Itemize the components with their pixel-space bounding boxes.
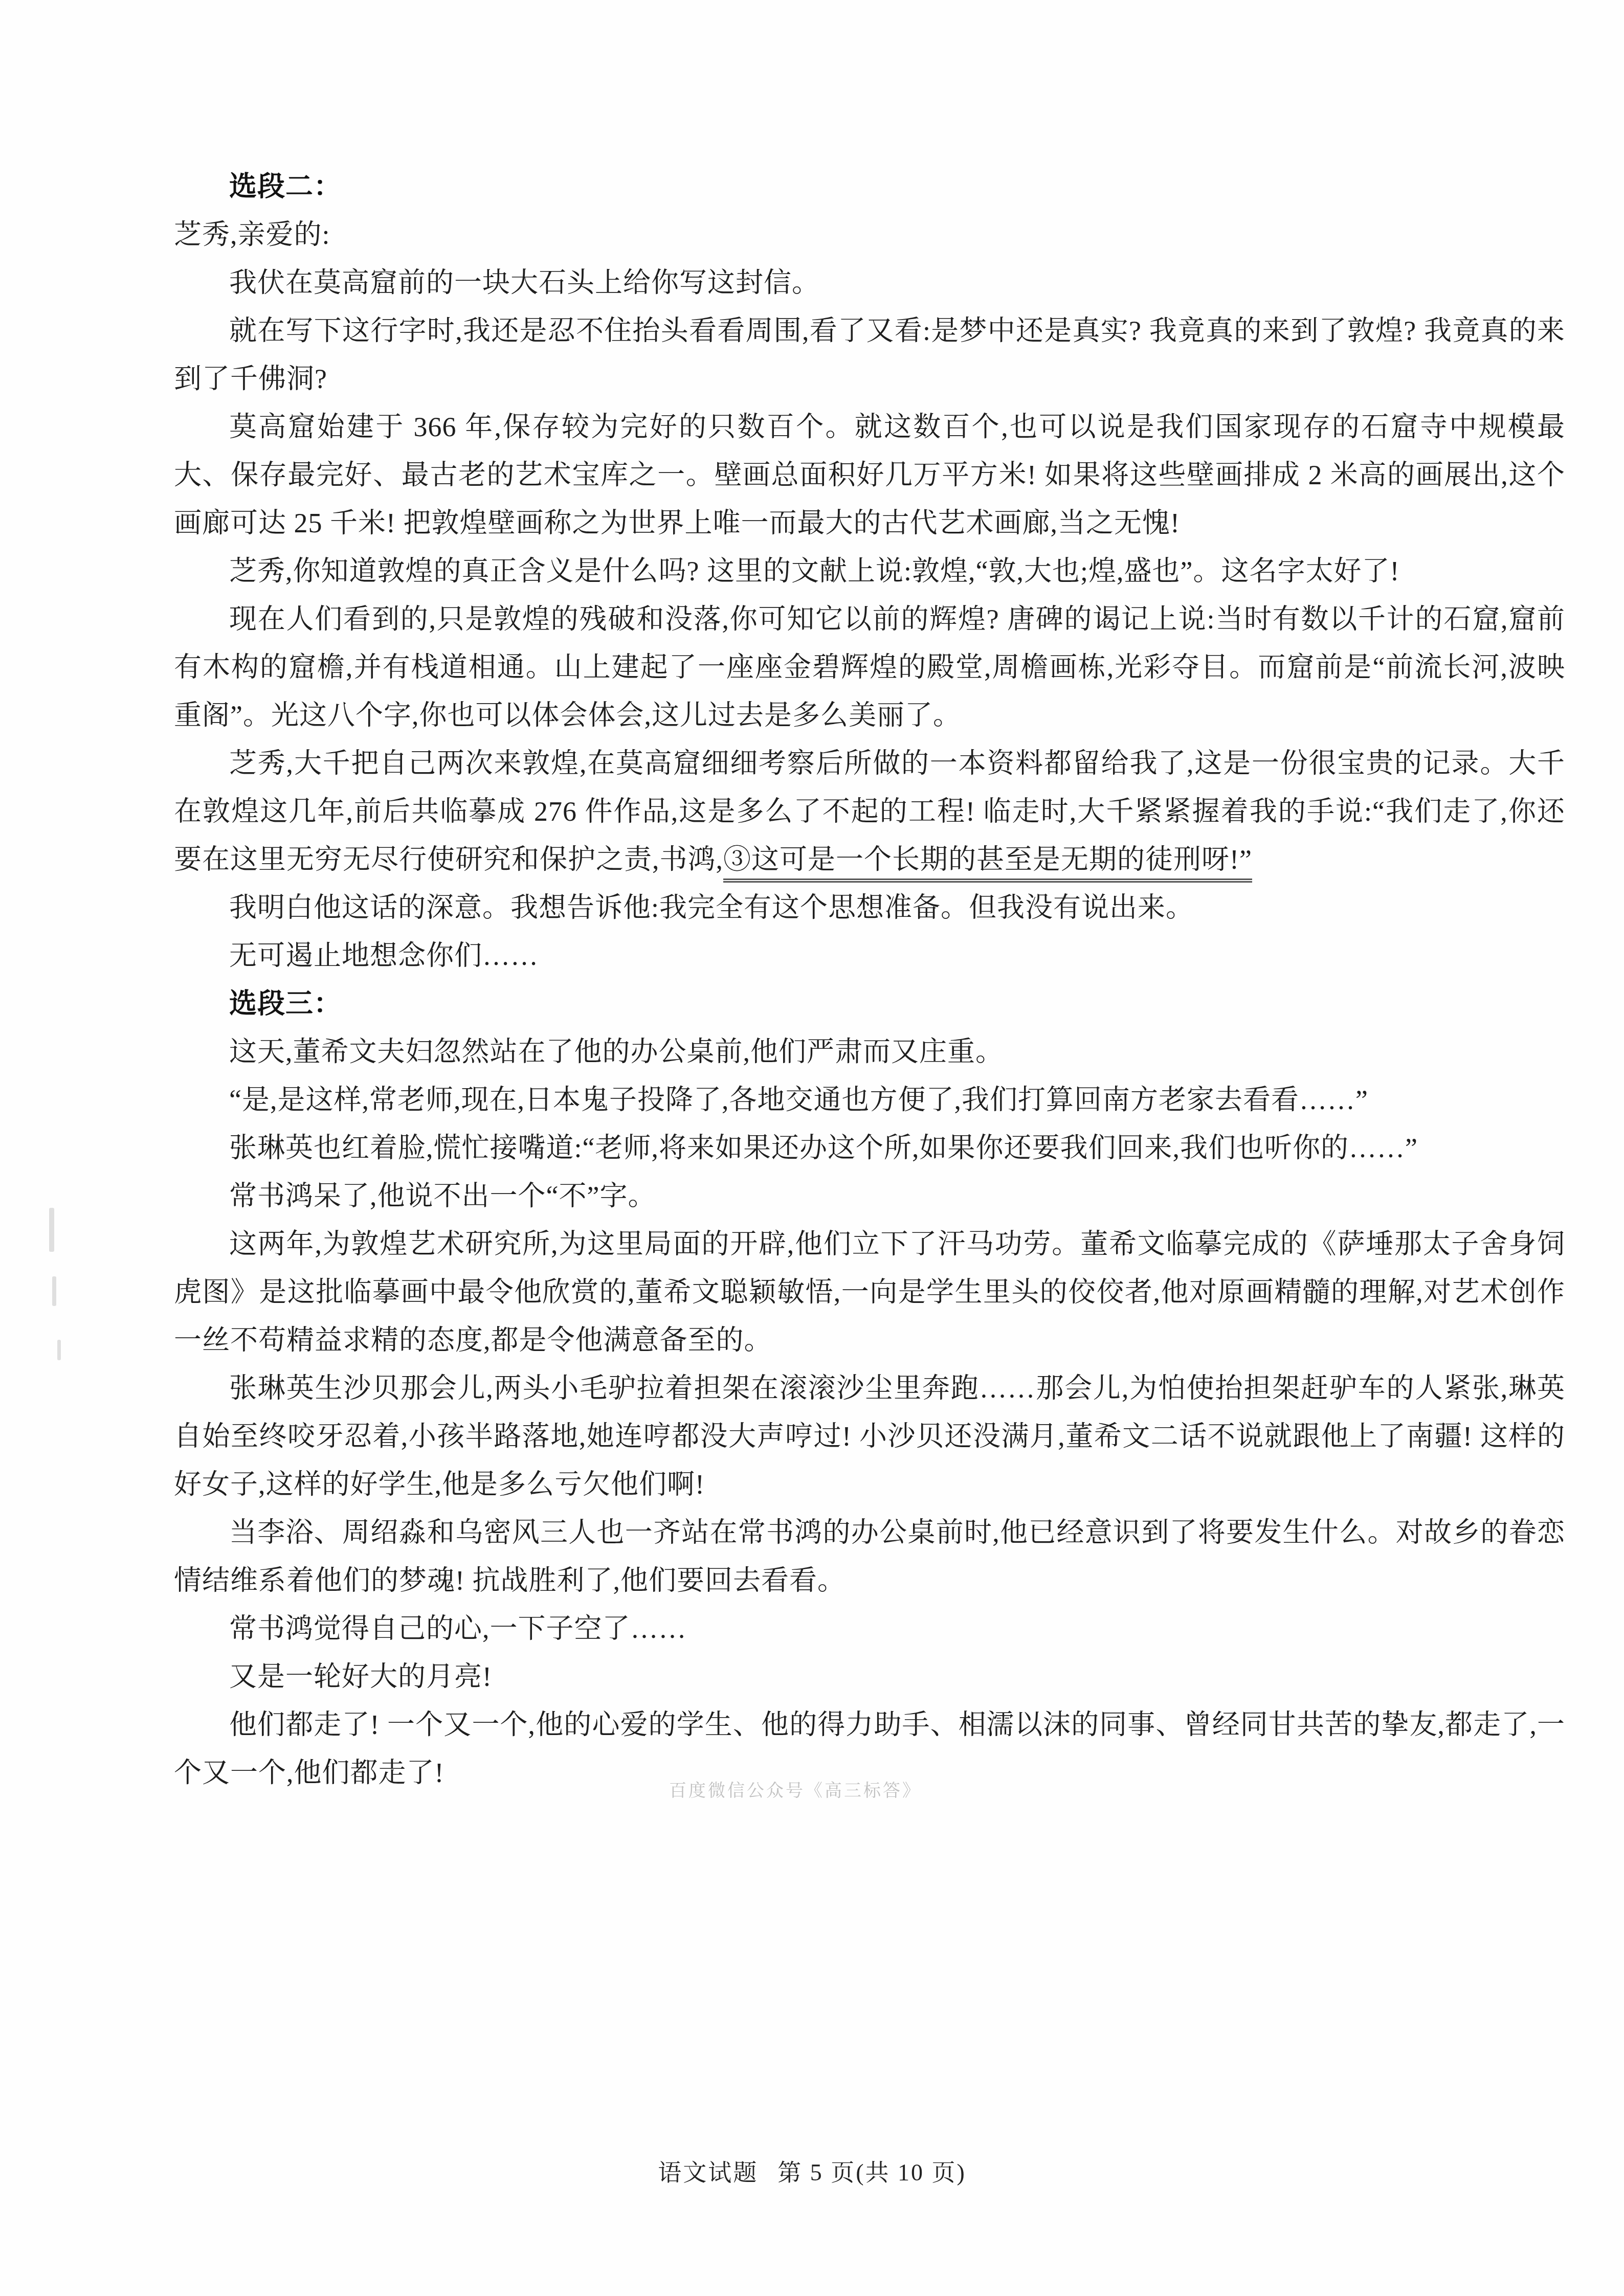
paragraph: 芝秀,你知道敦煌的真正含义是什么吗? 这里的文献上说:敦煌,“敦,大也;煌,盛也… (174, 547, 1565, 595)
scanned-exam-page: 选段二：芝秀,亲爱的:我伏在莫高窟前的一块大石头上给你写这封信。就在写下这行字时… (0, 0, 1624, 2296)
paragraph: 又是一轮好大的月亮! (174, 1653, 1565, 1701)
paragraph: 就在写下这行字时,我还是忍不住抬头看看周围,看了又看:是梦中还是真实? 我竟真的… (174, 307, 1565, 403)
scan-artifact (57, 1340, 61, 1360)
text-run: 当李浴、周绍淼和乌密风三人也一齐站在常书鸿的办公桌前时,他已经意识到了将要发生什… (174, 1517, 1565, 1596)
text-run: 这两年,为敦煌艺术研究所,为这里局面的开辟,他们立下了汗马功劳。董希文临摹完成的… (174, 1229, 1565, 1356)
text-run: 常书鸿觉得自己的心,一下子空了…… (229, 1613, 687, 1644)
text-run: 这天,董希文夫妇忽然站在了他的办公桌前,他们严肃而又庄重。 (229, 1037, 1004, 1067)
paragraph: 莫高窟始建于 366 年,保存较为完好的只数百个。就这数百个,也可以说是我们国家… (174, 403, 1565, 547)
text-run: 又是一轮好大的月亮! (229, 1661, 492, 1692)
paragraph: 我明白他这话的深意。我想告诉他:我完全有这个思想准备。但我没有说出来。 (174, 884, 1565, 932)
text-run: 无可遏止地想念你们…… (229, 940, 539, 971)
scan-artifact (52, 1276, 56, 1306)
text-run: 张琳英也红着脸,慌忙接嘴道:“老师,将来如果还办这个所,如果你还要我们回来,我们… (229, 1133, 1418, 1163)
paragraph: 芝秀,大千把自己两次来敦煌,在莫高窟细细考察后所做的一本资料都留给我了,这是一份… (174, 739, 1565, 884)
paragraph: 这两年,为敦煌艺术研究所,为这里局面的开辟,他们立下了汗马功劳。董希文临摹完成的… (174, 1220, 1565, 1364)
paragraph: 张琳英也红着脸,慌忙接嘴道:“老师,将来如果还办这个所,如果你还要我们回来,我们… (174, 1124, 1565, 1172)
text-run: 我明白他这话的深意。我想告诉他:我完全有这个思想准备。但我没有说出来。 (229, 892, 1194, 923)
text-run: 我伏在莫高窟前的一块大石头上给你写这封信。 (229, 267, 820, 298)
section-heading: 选段二： (174, 163, 1565, 211)
text-run: “是,是这样,常老师,现在,日本鬼子投降了,各地交通也方便了,我们打算回南方老家… (229, 1085, 1368, 1115)
text-run: 莫高窟始建于 366 年,保存较为完好的只数百个。就这数百个,也可以说是我们国家… (174, 412, 1565, 538)
text-run: 就在写下这行字时,我还是忍不住抬头看看周围,看了又看:是梦中还是真实? 我竟真的… (174, 316, 1565, 394)
text-run: 芝秀,亲爱的: (174, 219, 330, 250)
scan-artifact (49, 1208, 54, 1252)
paragraph: 张琳英生沙贝那会儿,两头小毛驴拉着担架在滚滚沙尘里奔跑……那会儿,为怕使抬担架赶… (174, 1364, 1565, 1509)
paragraph: 我伏在莫高窟前的一块大石头上给你写这封信。 (174, 259, 1565, 307)
text-run: 芝秀,你知道敦煌的真正含义是什么吗? 这里的文献上说:敦煌,“敦,大也;煌,盛也… (229, 556, 1399, 587)
paragraph: 芝秀,亲爱的: (174, 211, 1565, 259)
paragraph: 现在人们看到的,只是敦煌的残破和没落,你可知它以前的辉煌? 唐碑的谒记上说:当时… (174, 595, 1565, 739)
text-run: 常书鸿呆了,他说不出一个“不”字。 (229, 1181, 656, 1211)
document-body: 选段二：芝秀,亲爱的:我伏在莫高窟前的一块大石头上给你写这封信。就在写下这行字时… (174, 163, 1565, 1797)
section-heading: 选段三： (174, 980, 1565, 1028)
underlined-sentence: ③这可是一个长期的甚至是无期的徒刑呀!” (723, 844, 1252, 883)
footer-page-info: 第 5 页(共 10 页) (777, 2159, 966, 2186)
page-footer: 语文试题第 5 页(共 10 页) (0, 2154, 1624, 2188)
text-run: 现在人们看到的,只是敦煌的残破和没落,你可知它以前的辉煌? 唐碑的谒记上说:当时… (174, 604, 1565, 731)
watermark-text: 百度微信公众号《高三标答》 (669, 1776, 922, 1802)
paragraph: 无可遏止地想念你们…… (174, 932, 1565, 980)
text-run: 张琳英生沙贝那会儿,两头小毛驴拉着担架在滚滚沙尘里奔跑……那会儿,为怕使抬担架赶… (174, 1373, 1565, 1500)
footer-doc-label: 语文试题 (658, 2159, 758, 2186)
paragraph: “是,是这样,常老师,现在,日本鬼子投降了,各地交通也方便了,我们打算回南方老家… (174, 1076, 1565, 1124)
paragraph: 常书鸿呆了,他说不出一个“不”字。 (174, 1172, 1565, 1220)
paragraph: 常书鸿觉得自己的心,一下子空了…… (174, 1605, 1565, 1653)
paragraph: 这天,董希文夫妇忽然站在了他的办公桌前,他们严肃而又庄重。 (174, 1028, 1565, 1076)
paragraph: 当李浴、周绍淼和乌密风三人也一齐站在常书鸿的办公桌前时,他已经意识到了将要发生什… (174, 1509, 1565, 1605)
